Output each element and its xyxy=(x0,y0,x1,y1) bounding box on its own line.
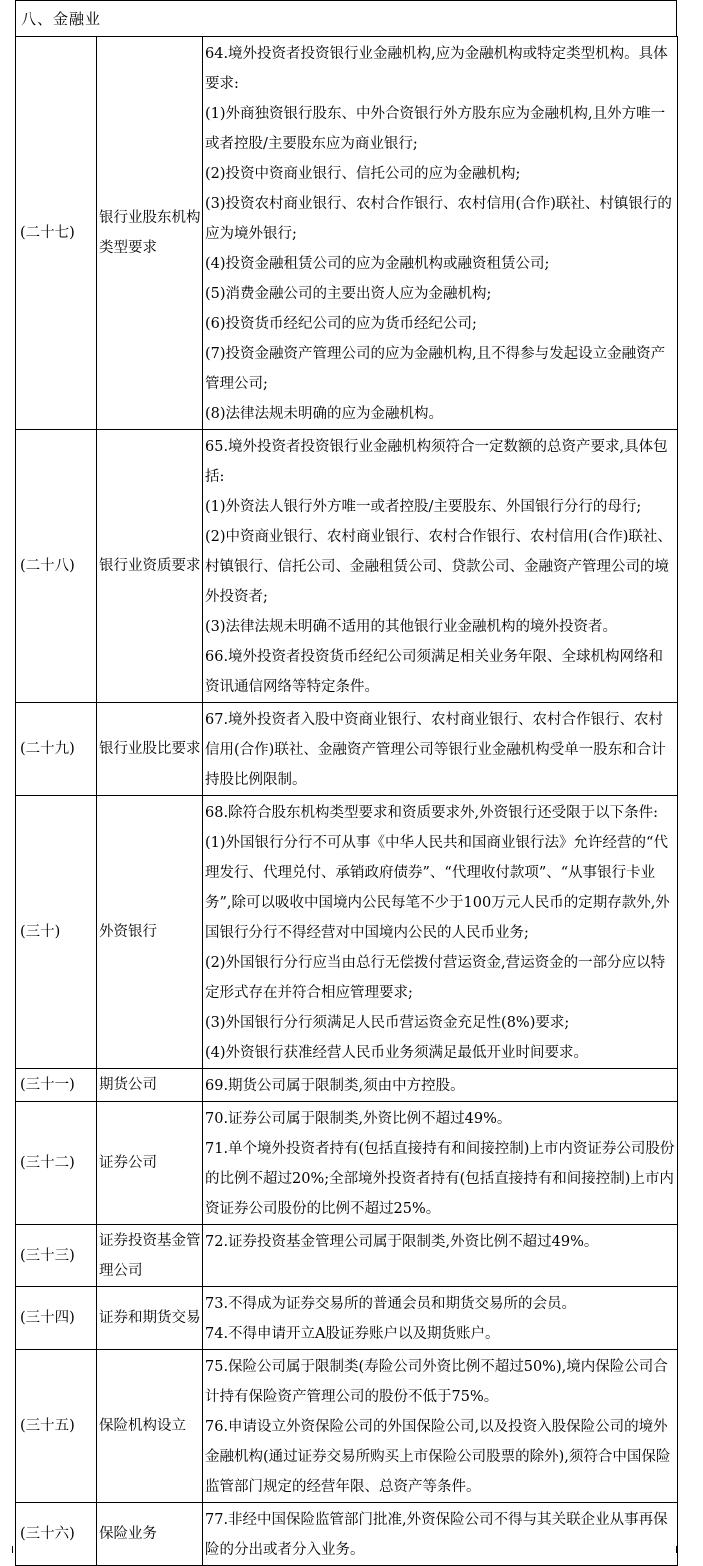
table-row: (三十三) 证券投资基金管理公司 72.证券投资基金管理公司属于限制类,外资比例… xyxy=(16,1225,678,1287)
table-row: (二十七) 银行业股东机构类型要求 64.境外投资者投资银行业金融机构,应为金融… xyxy=(16,37,678,430)
content-paragraph: 66.境外投资者投资货币经纪公司须满足相关业务年限、全球机构网络和资讯通信网络等… xyxy=(205,642,675,702)
section-title: 八、金融业 xyxy=(21,8,101,29)
category-cell: 银行业资质要求 xyxy=(97,430,203,703)
content-cell: 65.境外投资者投资银行业金融机构须符合一定数额的总资产要求,具体包括: (1)… xyxy=(203,430,678,703)
content-cell: 73.不得成为证券交易所的普通会员和期货交易所的会员。 74.不得申请开立A股证… xyxy=(203,1287,678,1350)
content-paragraph: (3)外国银行分行须满足人民币营运资金充足性(8%)要求; xyxy=(205,1008,675,1038)
content-paragraph: (4)投资金融租赁公司的应为金融机构或融资租赁公司; xyxy=(205,249,675,279)
category-cell: 银行业股东机构类型要求 xyxy=(97,37,203,430)
content-paragraph: 68.除符合股东机构类型要求和资质要求外,外资银行还受限于以下条件: xyxy=(205,798,675,828)
content-paragraph: (1)外国银行分行不可从事《中华人民共和国商业银行法》允许经营的“代理发行、代理… xyxy=(205,828,675,948)
content-paragraph: (2)投资中资商业银行、信托公司的应为金融机构; xyxy=(205,159,675,189)
content-cell: 69.期货公司属于限制类,须由中方控股。 xyxy=(203,1069,678,1102)
category-cell: 期货公司 xyxy=(97,1069,203,1102)
content-paragraph: 69.期货公司属于限制类,须由中方控股。 xyxy=(205,1071,675,1101)
table-row: (三十四) 证券和期货交易 73.不得成为证券交易所的普通会员和期货交易所的会员… xyxy=(16,1287,678,1350)
category-cell: 银行业股比要求 xyxy=(97,703,203,796)
table-row: (三十) 外资银行 68.除符合股东机构类型要求和资质要求外,外资银行还受限于以… xyxy=(16,796,678,1069)
content-paragraph: 73.不得成为证券交易所的普通会员和期货交易所的会员。 xyxy=(205,1289,675,1319)
content-cell: 64.境外投资者投资银行业金融机构,应为金融机构或特定类型机构。具体要求: (1… xyxy=(203,37,678,430)
content-paragraph: (2)中资商业银行、农村商业银行、农村合作银行、农村信用(合作)联社、村镇银行、… xyxy=(205,522,675,612)
content-paragraph: 75.保险公司属于限制类(寿险公司外资比例不超过50%),境内保险公司合计持有保… xyxy=(205,1352,675,1412)
category-cell: 证券公司 xyxy=(97,1102,203,1225)
table-row: (三十一) 期货公司 69.期货公司属于限制类,须由中方控股。 xyxy=(16,1069,678,1102)
row-number-cell: (三十) xyxy=(16,796,97,1069)
content-paragraph: (3)法律法规未明确不适用的其他银行业金融机构的境外投资者。 xyxy=(205,612,675,642)
category-cell: 证券和期货交易 xyxy=(97,1287,203,1350)
table-row: (三十六) 保险业务 77.非经中国保险监管部门批准,外资保险公司不得与其关联企… xyxy=(16,1503,678,1566)
content-paragraph: 71.单个境外投资者持有(包括直接持有和间接控制)上市内资证券公司股份的比例不超… xyxy=(205,1134,675,1224)
table-row: (三十五) 保险机构设立 75.保险公司属于限制类(寿险公司外资比例不超过50%… xyxy=(16,1350,678,1503)
row-number-cell: (三十五) xyxy=(16,1350,97,1503)
content-cell: 68.除符合股东机构类型要求和资质要求外,外资银行还受限于以下条件: (1)外国… xyxy=(203,796,678,1069)
content-paragraph: (5)消费金融公司的主要出资人应为金融机构; xyxy=(205,279,675,309)
content-paragraph: 76.申请设立外资保险公司的外国保险公司,以及投资入股保险公司的境外金融机构(通… xyxy=(205,1412,675,1502)
category-cell: 证券投资基金管理公司 xyxy=(97,1225,203,1287)
content-paragraph: (1)外资法人银行外方唯一或者控股/主要股东、外国银行分行的母行; xyxy=(205,492,675,522)
finance-rules-table: (二十七) 银行业股东机构类型要求 64.境外投资者投资银行业金融机构,应为金融… xyxy=(15,36,678,1566)
content-paragraph: 64.境外投资者投资银行业金融机构,应为金融机构或特定类型机构。具体要求: xyxy=(205,39,675,99)
content-paragraph: 77.非经中国保险监管部门批准,外资保险公司不得与其关联企业从事再保险的分出或者… xyxy=(205,1505,675,1565)
content-paragraph: 65.境外投资者投资银行业金融机构须符合一定数额的总资产要求,具体包括: xyxy=(205,432,675,492)
content-paragraph: (8)法律法规未明确的应为金融机构。 xyxy=(205,399,675,429)
row-number-cell: (二十七) xyxy=(16,37,97,430)
category-cell: 保险业务 xyxy=(97,1503,203,1566)
table-row: (二十九) 银行业股比要求 67.境外投资者入股中资商业银行、农村商业银行、农村… xyxy=(16,703,678,796)
row-number-cell: (三十二) xyxy=(16,1102,97,1225)
content-cell: 67.境外投资者入股中资商业银行、农村商业银行、农村合作银行、农村信用(合作)联… xyxy=(203,703,678,796)
content-paragraph: 70.证券公司属于限制类,外资比例不超过49%。 xyxy=(205,1104,675,1134)
next-section-box-edge xyxy=(12,1546,677,1553)
content-paragraph: 67.境外投资者入股中资商业银行、农村商业银行、农村合作银行、农村信用(合作)联… xyxy=(205,705,675,795)
content-cell: 70.证券公司属于限制类,外资比例不超过49%。 71.单个境外投资者持有(包括… xyxy=(203,1102,678,1225)
category-cell: 保险机构设立 xyxy=(97,1350,203,1503)
content-cell: 77.非经中国保险监管部门批准,外资保险公司不得与其关联企业从事再保险的分出或者… xyxy=(203,1503,678,1566)
row-number-cell: (三十六) xyxy=(16,1503,97,1566)
table-row: (二十八) 银行业资质要求 65.境外投资者投资银行业金融机构须符合一定数额的总… xyxy=(16,430,678,703)
document-page: { "section": { "title": "八、金融业" }, "tabl… xyxy=(0,0,703,1553)
row-number-cell: (三十四) xyxy=(16,1287,97,1350)
content-paragraph: (6)投资货币经纪公司的应为货币经纪公司; xyxy=(205,309,675,339)
row-number-cell: (三十一) xyxy=(16,1069,97,1102)
row-number-cell: (二十八) xyxy=(16,430,97,703)
table-row: (三十二) 证券公司 70.证券公司属于限制类,外资比例不超过49%。 71.单… xyxy=(16,1102,678,1225)
row-number-cell: (二十九) xyxy=(16,703,97,796)
section-title-box: 八、金融业 xyxy=(15,0,677,37)
row-number-cell: (三十三) xyxy=(16,1225,97,1287)
content-paragraph: 74.不得申请开立A股证券账户以及期货账户。 xyxy=(205,1319,675,1349)
content-cell: 75.保险公司属于限制类(寿险公司外资比例不超过50%),境内保险公司合计持有保… xyxy=(203,1350,678,1503)
content-paragraph: 72.证券投资基金管理公司属于限制类,外资比例不超过49%。 xyxy=(205,1227,675,1257)
content-paragraph: (4)外资银行获准经营人民币业务须满足最低开业时间要求。 xyxy=(205,1038,675,1068)
content-paragraph: (2)外国银行分行应当由总行无偿拨付营运资金,营运资金的一部分应以特定形式存在并… xyxy=(205,948,675,1008)
content-paragraph: (7)投资金融资产管理公司的应为金融机构,且不得参与发起设立金融资产管理公司; xyxy=(205,339,675,399)
category-cell: 外资银行 xyxy=(97,796,203,1069)
content-cell: 72.证券投资基金管理公司属于限制类,外资比例不超过49%。 xyxy=(203,1225,678,1287)
negative-list-section: 八、金融业 (二十七) 银行业股东机构类型要求 64.境外投资者投资银行业金融机… xyxy=(15,0,677,1566)
content-paragraph: (1)外商独资银行股东、中外合资银行外方股东应为金融机构,且外方唯一或者控股/主… xyxy=(205,99,675,159)
content-paragraph: (3)投资农村商业银行、农村合作银行、农村信用(合作)联社、村镇银行的应为境外银… xyxy=(205,189,675,249)
